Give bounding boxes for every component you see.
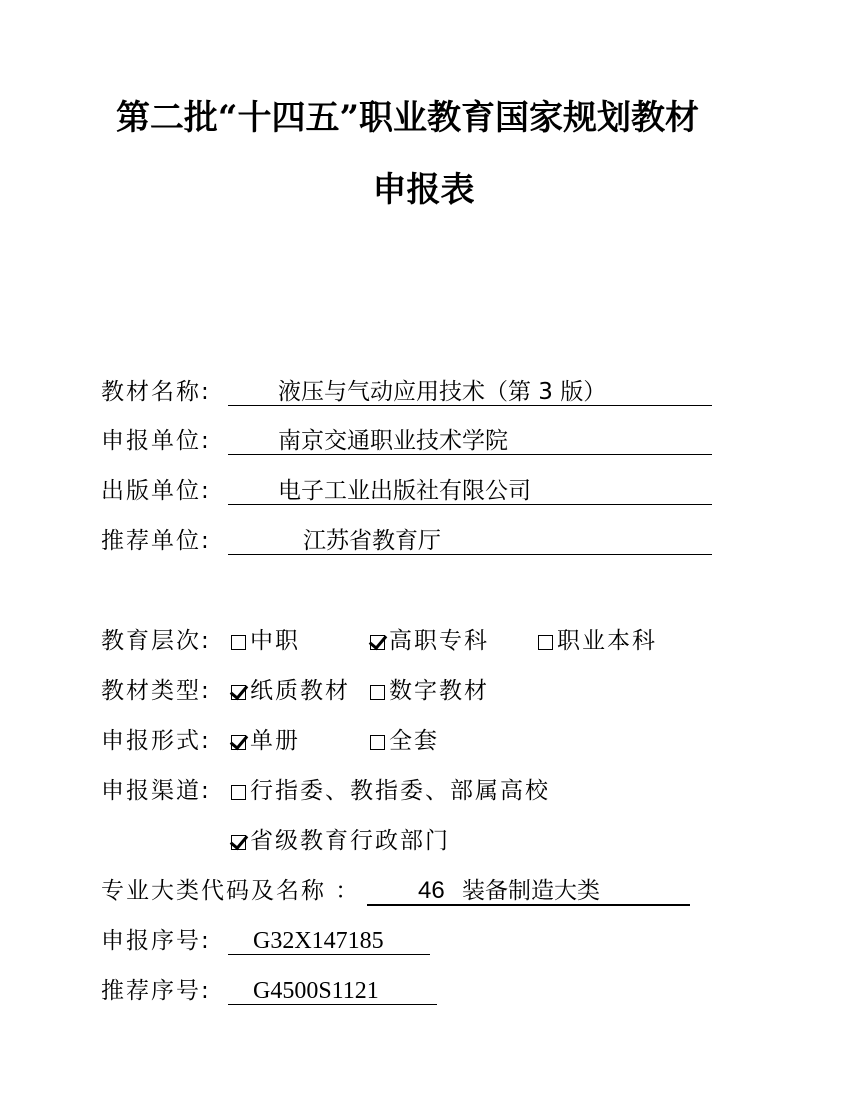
checkbox-unchecked-icon[interactable] bbox=[538, 635, 553, 650]
field-major-category: 专业大类代码及名称 ： 46 装备制造大类 bbox=[101, 876, 721, 906]
checkbox-checked-icon[interactable] bbox=[370, 635, 385, 650]
option-provincial-education-dept[interactable]: 省级教育行政部门 bbox=[231, 826, 450, 856]
application-no-value[interactable]: G32X147185 bbox=[253, 926, 384, 956]
applicant-unit-label: 申报单位: bbox=[101, 426, 211, 456]
major-category-name[interactable]: 装备制造大类 bbox=[462, 876, 600, 906]
field-applicant-unit: 申报单位: 南京交通职业技术学院 bbox=[101, 426, 721, 456]
education-level-label: 教育层次: bbox=[101, 626, 211, 656]
checkbox-unchecked-icon[interactable] bbox=[370, 735, 385, 750]
recommendation-no-value[interactable]: G4500S1121 bbox=[253, 976, 379, 1006]
document-title: 第二批“十四五”职业教育国家规划教材 bbox=[0, 98, 831, 138]
publisher-label: 出版单位: bbox=[101, 476, 211, 506]
choice-application-channel-2: 省级教育行政部门 bbox=[101, 826, 721, 856]
recommender-label: 推荐单位: bbox=[101, 526, 211, 556]
choice-textbook-type: 教材类型: 纸质教材 数字教材 bbox=[101, 676, 721, 706]
choice-application-form: 申报形式: 单册 全套 bbox=[101, 726, 721, 756]
checkbox-unchecked-icon[interactable] bbox=[370, 685, 385, 700]
application-no-label: 申报序号: bbox=[101, 926, 211, 956]
option-paper-textbook[interactable]: 纸质教材 bbox=[231, 676, 350, 706]
application-form-label: 申报形式: bbox=[101, 726, 211, 756]
option-secondary-vocational[interactable]: 中职 bbox=[231, 626, 300, 656]
checkbox-checked-icon[interactable] bbox=[231, 835, 246, 850]
field-recommendation-no: 推荐序号: G4500S1121 bbox=[101, 976, 721, 1006]
field-application-no: 申报序号: G32X147185 bbox=[101, 926, 721, 956]
option-vocational-bachelor[interactable]: 职业本科 bbox=[538, 626, 657, 656]
option-full-set[interactable]: 全套 bbox=[370, 726, 439, 756]
textbook-name-label: 教材名称: bbox=[101, 377, 211, 407]
application-form-page: 第二批“十四五”职业教育国家规划教材 申报表 教材名称: 液压与气动应用技术（第… bbox=[0, 0, 847, 1097]
field-recommender: 推荐单位: 江苏省教育厅 bbox=[101, 526, 721, 556]
choice-education-level: 教育层次: 中职 高职专科 职业本科 bbox=[101, 626, 721, 656]
applicant-unit-value[interactable]: 南京交通职业技术学院 bbox=[278, 426, 508, 456]
publisher-value[interactable]: 电子工业出版社有限公司 bbox=[278, 476, 531, 506]
recommender-underline bbox=[228, 526, 712, 555]
checkbox-unchecked-icon[interactable] bbox=[231, 785, 246, 800]
field-publisher: 出版单位: 电子工业出版社有限公司 bbox=[101, 476, 721, 506]
recommendation-no-label: 推荐序号: bbox=[101, 976, 211, 1006]
major-category-label: 专业大类代码及名称 ： bbox=[101, 876, 360, 906]
textbook-name-value[interactable]: 液压与气动应用技术（第 3 版） bbox=[278, 377, 606, 407]
option-committee-universities[interactable]: 行指委、教指委、部属高校 bbox=[231, 776, 550, 806]
checkbox-unchecked-icon[interactable] bbox=[231, 635, 246, 650]
option-higher-vocational[interactable]: 高职专科 bbox=[370, 626, 489, 656]
option-digital-textbook[interactable]: 数字教材 bbox=[370, 676, 489, 706]
field-textbook-name: 教材名称: 液压与气动应用技术（第 3 版） bbox=[101, 377, 721, 407]
choice-application-channel: 申报渠道: 行指委、教指委、部属高校 bbox=[101, 776, 721, 806]
application-channel-label: 申报渠道: bbox=[101, 776, 211, 806]
document-subtitle: 申报表 bbox=[0, 170, 847, 210]
checkbox-checked-icon[interactable] bbox=[231, 685, 246, 700]
recommender-value[interactable]: 江苏省教育厅 bbox=[303, 526, 441, 556]
checkbox-checked-icon[interactable] bbox=[231, 735, 246, 750]
major-category-code[interactable]: 46 bbox=[418, 876, 445, 906]
option-single-volume[interactable]: 单册 bbox=[231, 726, 300, 756]
textbook-type-label: 教材类型: bbox=[101, 676, 211, 706]
